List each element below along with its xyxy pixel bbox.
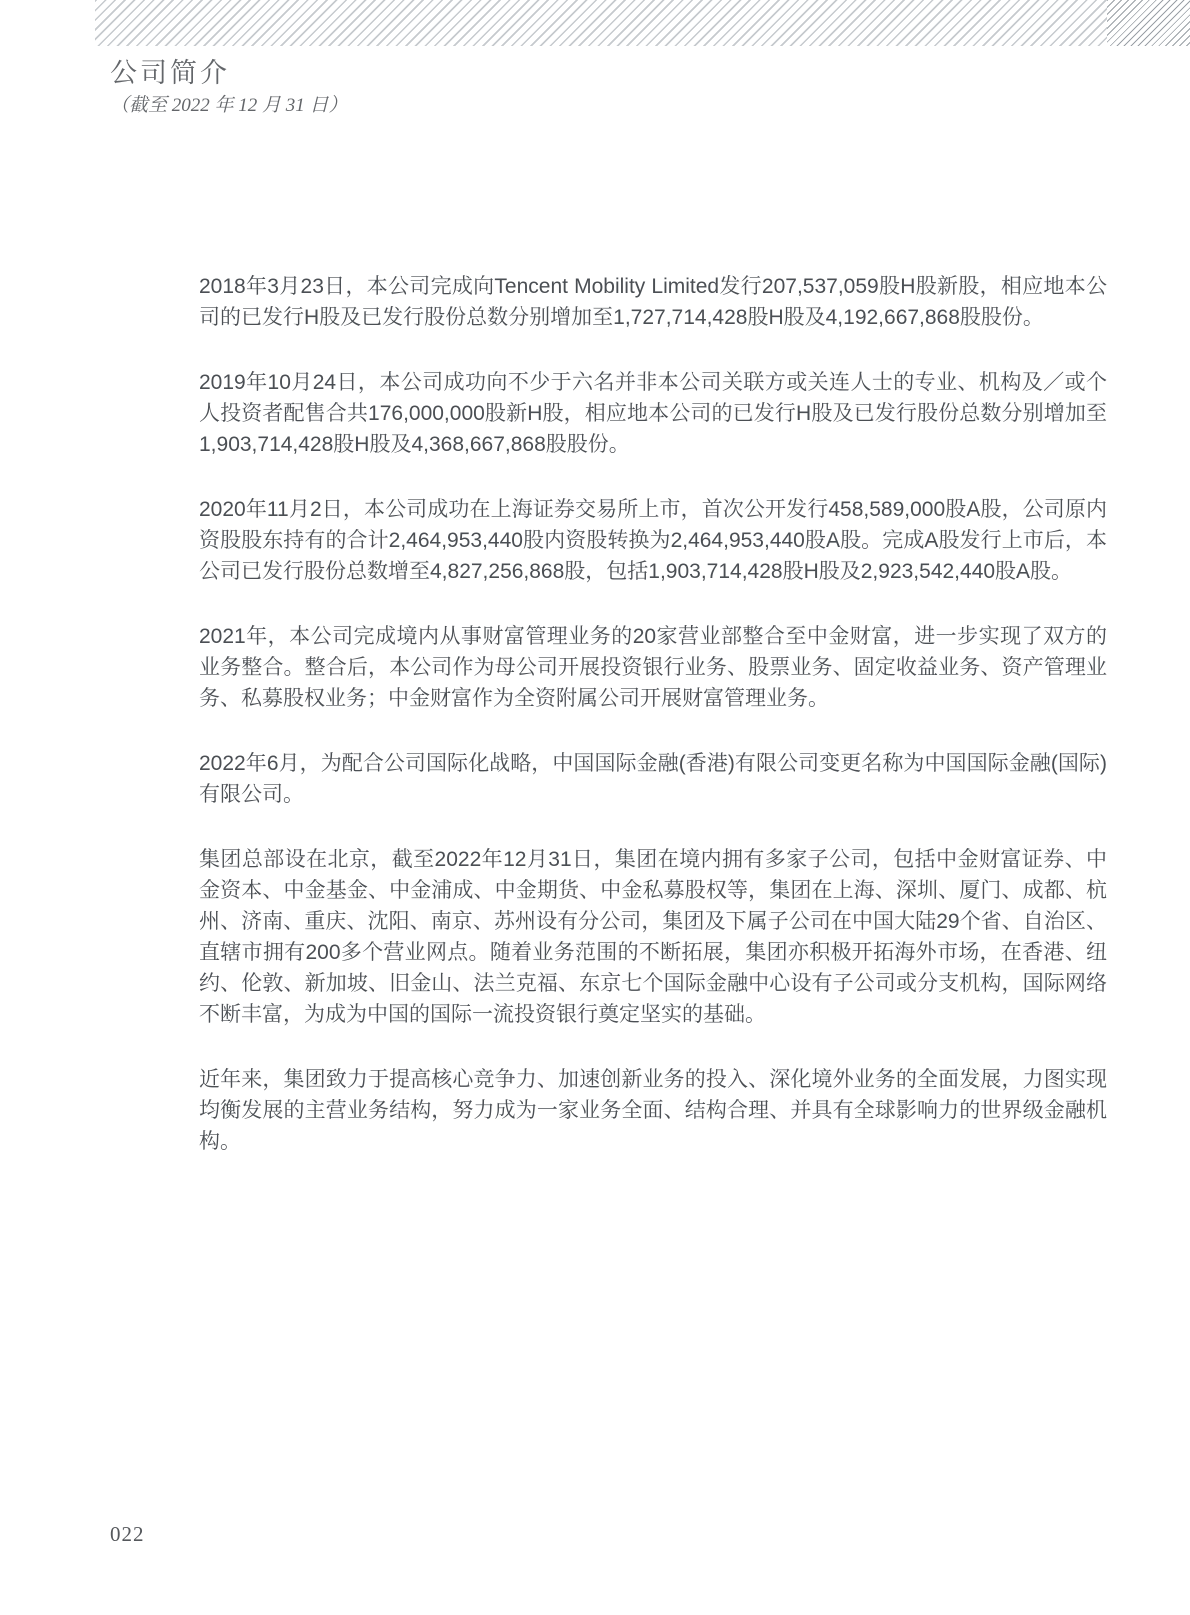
decorative-hatch-band [95,0,1190,46]
paragraph-recent-years: 近年来，集团致力于提高核心竞争力、加速创新业务的投入、深化境外业务的全面发展，力… [199,1064,1107,1157]
paragraph-2020: 2020年11月2日，本公司成功在上海证券交易所上市，首次公开发行458,589… [199,494,1107,587]
paragraph-2021: 2021年，本公司完成境内从事财富管理业务的20家营业部整合至中金财富，进一步实… [199,621,1107,714]
page-header: 公司简介 （截至 2022 年 12 月 31 日） [110,57,348,118]
page-number: 022 [110,1522,145,1547]
document-page: 公司简介 （截至 2022 年 12 月 31 日） 2018年3月23日，本公… [0,0,1190,1615]
paragraph-2019: 2019年10月24日，本公司成功向不少于六名并非本公司关联方或关连人士的专业、… [199,367,1107,460]
page-subtitle: （截至 2022 年 12 月 31 日） [110,94,348,118]
paragraph-2022: 2022年6月，为配合公司国际化战略，中国国际金融(香港)有限公司变更名称为中国… [199,748,1107,810]
page-title: 公司简介 [110,57,348,89]
hatch-pattern-dark [1107,0,1190,46]
body-text-block: 2018年3月23日，本公司完成向Tencent Mobility Limite… [199,271,1107,1157]
hatch-pattern-light [95,0,1107,46]
paragraph-2018: 2018年3月23日，本公司完成向Tencent Mobility Limite… [199,271,1107,333]
paragraph-group-overview: 集团总部设在北京，截至2022年12月31日，集团在境内拥有多家子公司，包括中金… [199,844,1107,1030]
